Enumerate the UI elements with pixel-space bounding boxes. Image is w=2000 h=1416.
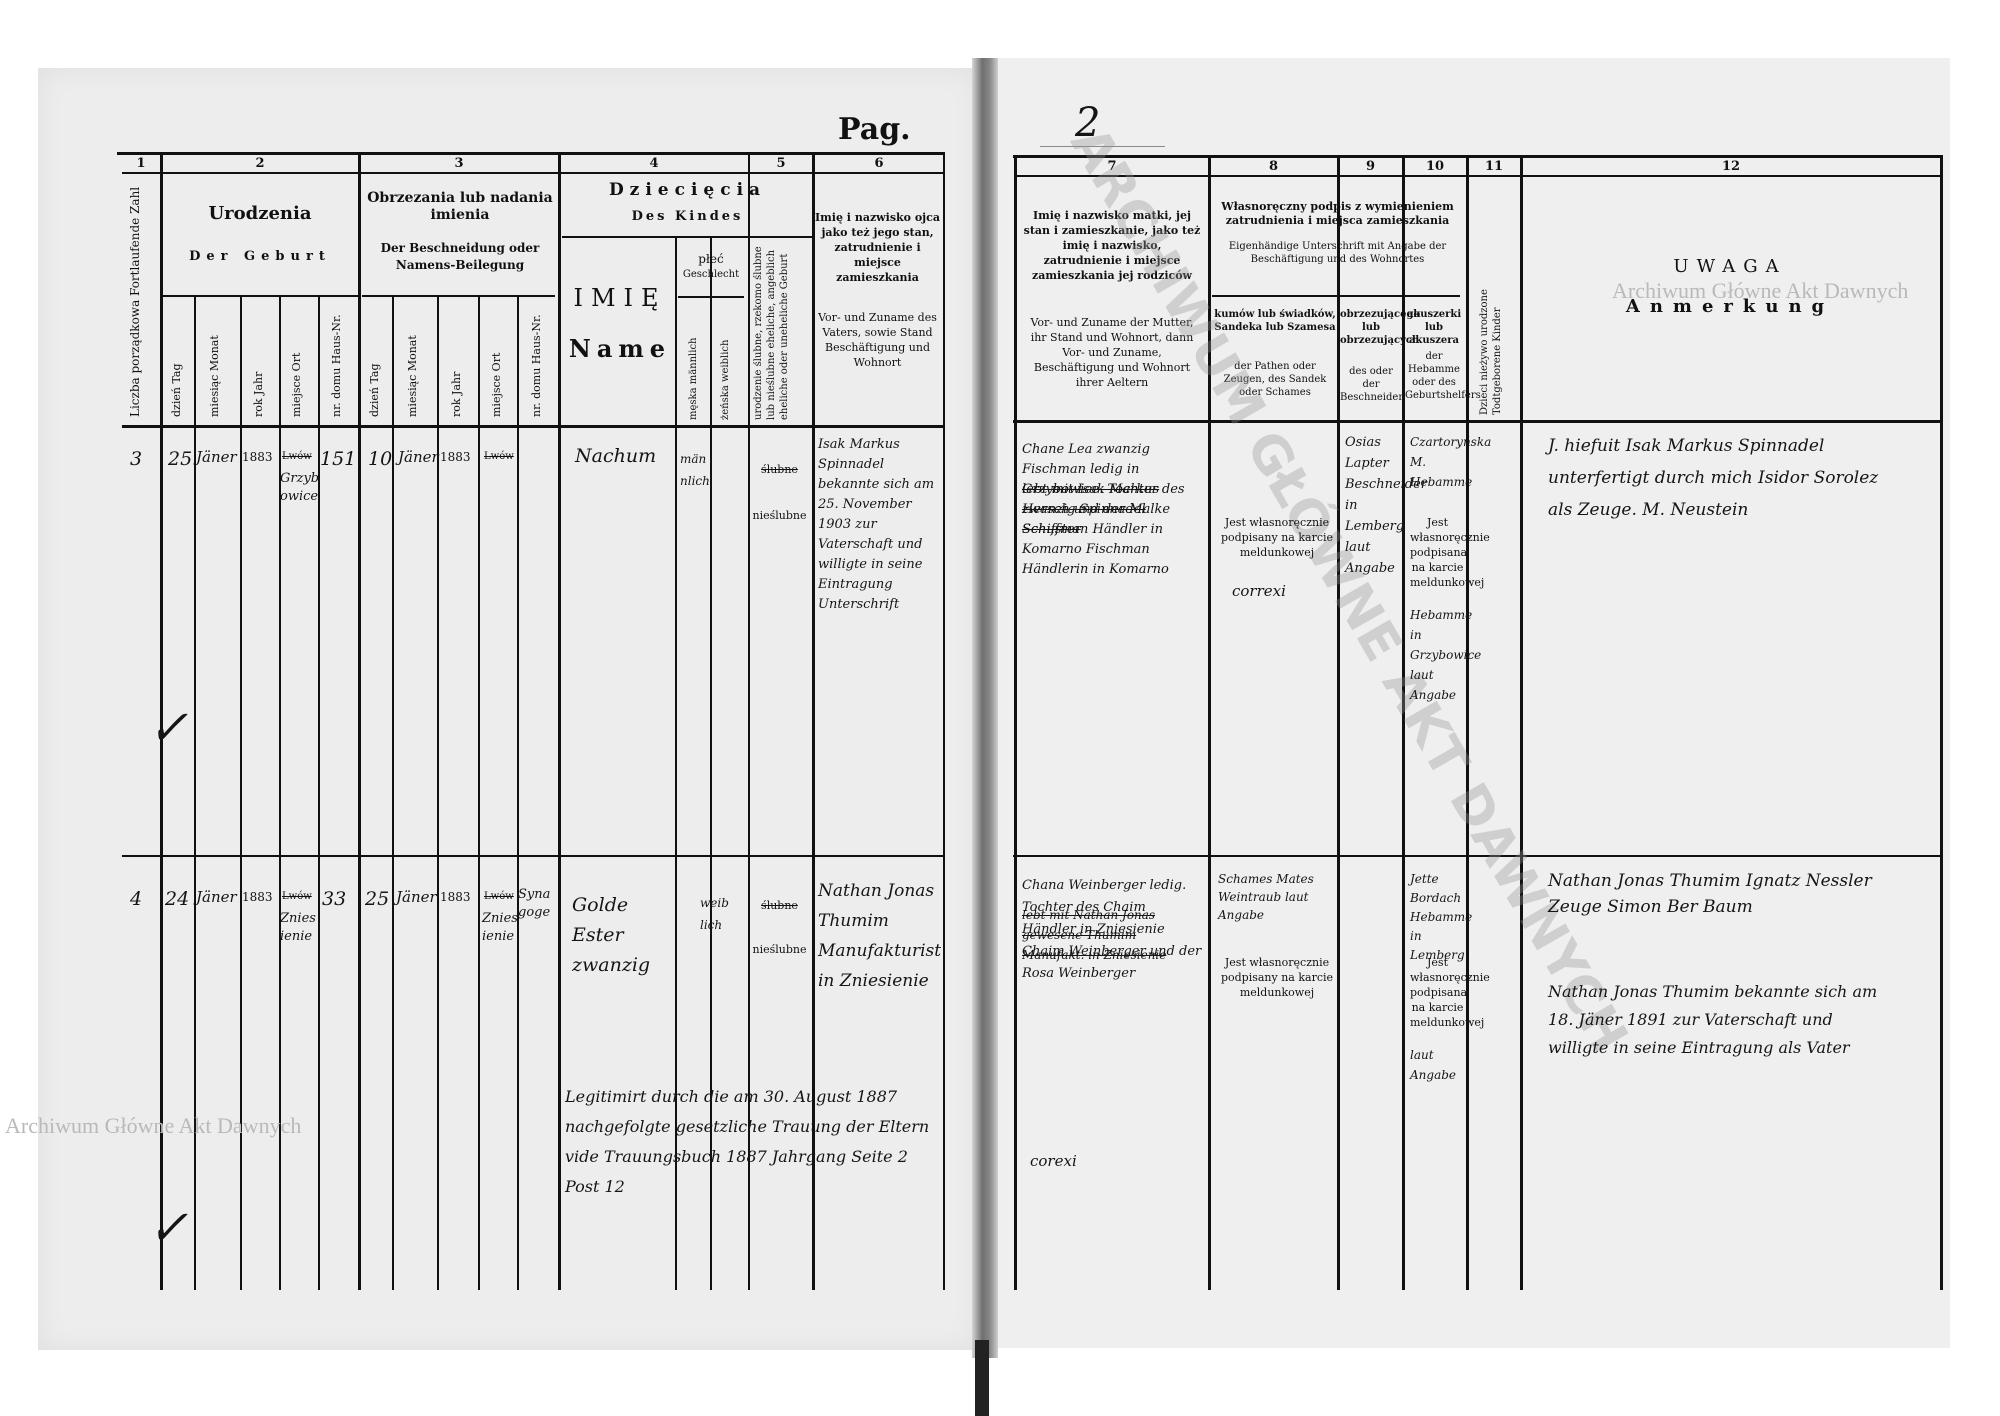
rule: [122, 425, 945, 428]
col9-header-pl: obrzezującego lub obrzezujących: [1340, 308, 1402, 347]
entry-number: 3: [130, 445, 142, 473]
birth-year: 1883: [242, 886, 273, 908]
sub-column-header: miesiąc Monat: [208, 305, 221, 417]
birth-place: Grzybowice: [280, 470, 320, 506]
column-rule: [478, 297, 480, 1290]
col4-name-de: Name: [565, 340, 675, 357]
sub-column-header: nr. domu Haus-Nr.: [530, 305, 543, 417]
remark: J. hiefuit Isak Markus Spinnadel unterfe…: [1548, 430, 1888, 526]
house-number: 151: [320, 445, 356, 473]
birth-day: 24: [165, 885, 189, 913]
col4-sex-de: Geschlecht: [683, 269, 739, 280]
circumcision-day: 25: [365, 885, 389, 913]
col12-header-pl: UWAGA: [1525, 258, 1935, 275]
column-rule: [1466, 155, 1469, 1290]
midwife-note: Hebamme in Grzybowice laut Angabe: [1410, 605, 1465, 705]
midwife-note: laut Angabe: [1410, 1045, 1465, 1085]
mother-details: Chana Weinberger ledig. Tochter des Chai…: [1022, 875, 1202, 985]
house-number: 33: [322, 885, 346, 913]
sub-column-header: miejsce Ort: [290, 305, 303, 417]
column-number: 9: [1339, 159, 1402, 174]
midwife-signature-note: Jest własnoręcznie podpisana na karcie m…: [1410, 515, 1465, 590]
birth-place-struck: Lwów: [282, 446, 312, 468]
witness-signature-note: Jest własnoręcznie podpisany na karcie m…: [1218, 955, 1336, 1000]
col10-header-de: der Hebamme oder des Geburtshelfers: [1405, 350, 1463, 402]
mother-details: Chane Lea zwanzig Fischman ledig in Grzy…: [1022, 440, 1202, 580]
column-number: 12: [1522, 159, 1940, 174]
col4-sex-pl: płeć: [698, 252, 723, 266]
circumcision-place: Zniesienie: [482, 910, 518, 946]
circumcision-house: Synagoge: [518, 886, 558, 922]
legitimacy-struck: ślubne: [752, 462, 807, 477]
circumcision-year: 1883: [440, 886, 471, 908]
circumcision-month: Jäner: [396, 886, 437, 908]
page-header-label: Pag.: [838, 112, 911, 147]
circumcision-day: 10: [368, 445, 392, 473]
child-name: Nachum: [575, 442, 656, 470]
sub-column-header: nr. domu Haus-Nr.: [330, 305, 343, 417]
col2-title-pl: Urodzenia: [165, 205, 355, 222]
mother-correction: corexi: [1030, 1150, 1077, 1172]
column-rule: [1940, 155, 1943, 1290]
column-rule: [1520, 155, 1523, 1290]
col11-header: Dzieci nieżywo urodzone Todtgeborene Kin…: [1478, 265, 1508, 415]
column-rule: [279, 297, 281, 1290]
col1-header: Liczba porządkowa Fortlaufende Zahl: [128, 185, 142, 417]
circumciser: Osias Lapter Beschneider in Lemberg laut…: [1345, 432, 1403, 579]
child-sex: weiblich: [700, 892, 730, 936]
col8-10-header-pl: Własnoręczny podpis z wymienieniem zatru…: [1215, 200, 1460, 228]
circumcision-month: Jäner: [398, 446, 439, 468]
birth-month: Jäner: [196, 886, 237, 908]
rule: [362, 295, 555, 297]
col10-header-pl: akuszerki lub akuszera: [1405, 308, 1463, 347]
column-rule: [558, 152, 561, 1290]
column-number: 5: [750, 156, 812, 171]
sub-column-header: rok Jahr: [450, 305, 463, 417]
remark-signatures: Nathan Jonas Thumim Ignatz Nessler Zeuge…: [1548, 868, 1908, 920]
birth-year: 1883: [242, 446, 273, 468]
column-number: 3: [360, 156, 558, 171]
col3-title-de: Der Beschneidung oder Namens-Beilegung: [375, 240, 545, 274]
circumcision-place-struck: Lwów: [484, 446, 514, 468]
column-number: 8: [1210, 159, 1337, 174]
child-sex: männlich: [680, 448, 710, 492]
rule: [1016, 175, 1943, 177]
rule: [562, 236, 812, 238]
col4-title-pl: Dziecięcia: [565, 182, 810, 199]
remark: Nathan Jonas Thumim bekannte sich am 18.…: [1548, 978, 1888, 1062]
circumcision-place-struck: Lwów: [484, 886, 514, 908]
rule: [163, 295, 358, 297]
col2-title-de: Der Geburt: [165, 248, 355, 265]
witness-correction: correxi: [1232, 580, 1286, 602]
col9-header-de: des oder der Beschneider: [1340, 365, 1402, 404]
birth-month: Jäner: [196, 446, 237, 468]
sub-column-header: miesiąc Monat: [406, 305, 419, 417]
child-name: Golde Ester zwanzig: [572, 890, 667, 980]
col4-title-de: Des Kindes: [565, 208, 810, 225]
rule: [1013, 420, 1943, 423]
sub-column-header: dzień Tag: [170, 305, 183, 417]
col6-header-de: Vor- und Zuname des Vaters, sowie Stand …: [815, 310, 940, 370]
col4-name-pl: IMIĘ: [565, 290, 675, 307]
midwife-signature-note: Jest własnoręcznie podpisana na karcie m…: [1410, 955, 1465, 1030]
rule: [122, 172, 945, 174]
sub-column-header: rok Jahr: [252, 305, 265, 417]
father-details: Nathan Jonas Thumim Manufakturist in Zni…: [818, 876, 943, 996]
sub-column-header: dzień Tag: [368, 305, 381, 417]
midwife: Czartoryńska M. Hebamme: [1410, 432, 1465, 492]
witness: Schames Mates Weintraub laut Angabe: [1218, 870, 1336, 924]
col4-sex-header: płeć Geschlecht: [678, 252, 744, 282]
column-rule: [358, 152, 361, 1290]
legitimacy: nieślubne: [752, 942, 807, 957]
rule: [122, 855, 945, 857]
rule: [117, 152, 945, 155]
archive-watermark: Archiwum Główne Akt Dawnych: [1612, 278, 1908, 304]
birth-place: Zniesienie: [280, 910, 320, 946]
column-number: 11: [1468, 159, 1520, 174]
col6-header-pl: Imię i nazwisko ojca jako też jego stan,…: [815, 210, 940, 285]
birth-day: 25: [168, 445, 192, 473]
spine-shadow: [975, 1340, 989, 1416]
legitimacy-struck: ślubne: [752, 898, 807, 913]
book-spine: [972, 58, 998, 1358]
column-number: 4: [560, 156, 748, 171]
column-number: 1: [122, 156, 160, 171]
col5-header: urodzenie ślubne, rzekomo ślubne lub nie…: [752, 245, 804, 420]
legitimacy: nieślubne: [752, 508, 807, 523]
col4-female: żeńska weiblich: [720, 320, 731, 420]
column-rule: [1014, 155, 1017, 1290]
column-number: 2: [162, 156, 358, 171]
col4-male: męska männlich: [688, 320, 699, 420]
circumcision-year: 1883: [440, 446, 471, 468]
column-number: 10: [1404, 159, 1466, 174]
sub-column-header: miejsce Ort: [490, 305, 503, 417]
column-number: 6: [814, 156, 944, 171]
column-rule: [517, 297, 519, 1290]
checkmark: ✓: [148, 700, 188, 756]
col8-10-header-de: Eigenhändige Unterschrift mit Angabe der…: [1215, 240, 1460, 266]
birth-place-struck: Lwów: [282, 886, 312, 908]
checkmark: ✓: [148, 1200, 188, 1256]
rule: [1013, 155, 1943, 158]
midwife: Jette Bordach Hebamme in Lemberg: [1410, 870, 1465, 965]
legitimation-note: Legitimirt durch die am 30. August 1887 …: [565, 1082, 945, 1202]
rule: [1212, 295, 1460, 297]
archive-watermark: Archiwum Główne Akt Dawnych: [5, 1113, 301, 1139]
witness-signature-note: Jest własnoręcznie podpisany na karcie m…: [1218, 515, 1336, 560]
entry-number: 4: [130, 885, 142, 913]
col3-title-pl: Obrzezania lub nadania imienia: [365, 190, 555, 224]
father-details: Isak Markus Spinnadel bekannte sich am 2…: [818, 435, 943, 615]
column-rule: [392, 297, 394, 1290]
